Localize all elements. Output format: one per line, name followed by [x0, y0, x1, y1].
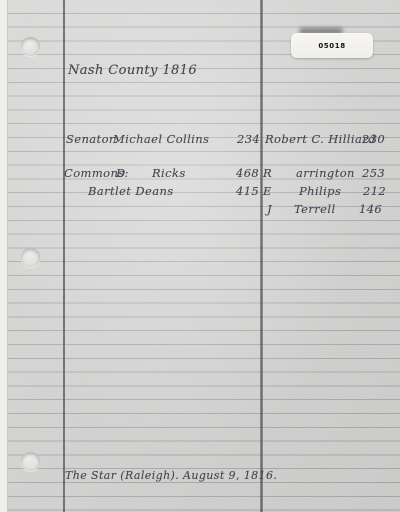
- scanned-document-page: 05018 Nash County 1816 Senator: Michael …: [0, 0, 400, 512]
- commons-votes: 415: [236, 184, 259, 198]
- hole-punch-bottom: [21, 452, 40, 471]
- senate-candidate-2: Robert C. Hilliard: [265, 132, 376, 146]
- source-citation: The Star (Raleigh). August 9, 1816.: [65, 469, 277, 482]
- commons-candidate-name: Bartlet Deans: [88, 184, 174, 198]
- left-margin-line: [63, 0, 65, 512]
- senate-votes-1: 234: [237, 132, 260, 146]
- commons-initial: D: [116, 166, 126, 180]
- ruled-lines: [7, 0, 400, 512]
- commons-votes: 468: [236, 166, 259, 180]
- commons-initial: E: [263, 184, 272, 198]
- commons-initial: J: [267, 202, 272, 216]
- senate-votes-2: 230: [362, 132, 385, 146]
- sticker-number: 05018: [318, 42, 345, 50]
- hole-punch-top: [21, 37, 40, 56]
- commons-votes: 212: [363, 184, 386, 198]
- commons-candidate-name: Philips: [299, 184, 341, 198]
- vertical-fold-line: [260, 0, 263, 512]
- senate-candidate-1: Michael Collins: [113, 132, 209, 146]
- senate-office-label: Senator:: [66, 132, 119, 146]
- commons-candidate-name: Terrell: [294, 202, 336, 216]
- hole-punch-middle: [21, 248, 40, 267]
- commons-candidate-name: arrington: [296, 166, 355, 180]
- commons-candidate-name: Ricks: [152, 166, 186, 180]
- commons-initial: R: [263, 166, 272, 180]
- commons-votes: 146: [359, 202, 382, 216]
- barcode-sticker: 05018: [291, 33, 373, 58]
- page-title: Nash County 1816: [68, 63, 197, 78]
- scan-edge: [0, 0, 8, 512]
- commons-votes: 253: [362, 166, 385, 180]
